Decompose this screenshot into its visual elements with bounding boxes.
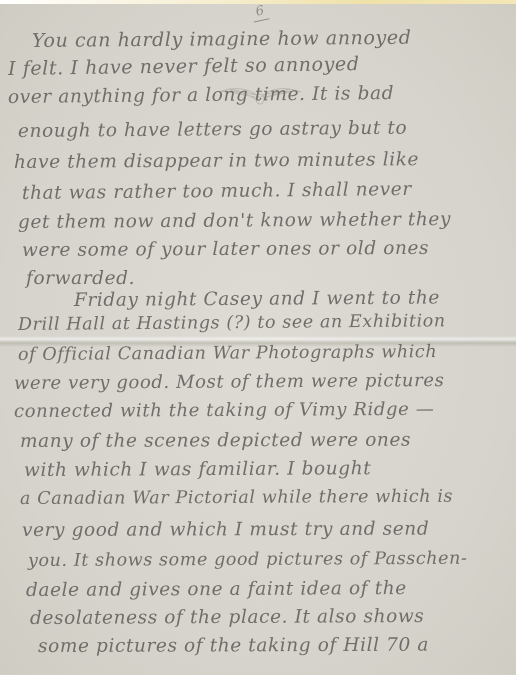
letter-line: that was rather too much. I shall never <box>22 179 412 204</box>
letter-line: You can hardly imagine how annoyed <box>32 27 412 52</box>
letter-line: daele and gives one a faint idea of the <box>26 578 407 601</box>
letter-page: 6 You can hardly imagine how annoyed I f… <box>0 0 519 675</box>
letter-line: forwarded. <box>26 268 135 289</box>
letter-line: Friday night Casey and I went to the <box>74 287 440 311</box>
letter-line: desolateness of the place. It also shows <box>30 606 424 629</box>
letter-line: enough to have letters go astray but to <box>18 118 407 142</box>
letter-line: Drill Hall at Hastings (?) to see an Exh… <box>18 311 446 335</box>
letter-line: very good and which I must try and send <box>22 519 429 541</box>
letter-line: were some of your later ones or old ones <box>22 238 429 261</box>
letter-body: You can hardly imagine how annoyed I fel… <box>0 0 519 675</box>
letter-line: I felt. I have never felt so annoyed <box>8 53 360 80</box>
letter-line: some pictures of the taking of Hill 70 a <box>38 635 429 657</box>
letter-line: have them disappear in two minutes like <box>14 149 419 173</box>
letter-line: with which I was familiar. I bought <box>24 458 371 481</box>
letter-line: were very good. Most of them were pictur… <box>14 370 445 394</box>
letter-line: you. It shows some good pictures of Pass… <box>28 549 468 571</box>
letter-line: a Canadian War Pictorial while there whi… <box>20 487 453 509</box>
letter-line: get them now and don't know whether they <box>18 209 451 233</box>
letter-line: of Official Canadian War Photographs whi… <box>18 342 437 365</box>
letter-line: over anything for a long time. It is bad <box>8 83 394 108</box>
letter-line: many of the scenes depicted were ones <box>20 430 411 452</box>
letter-line: connected with the taking of Vimy Ridge … <box>14 399 434 422</box>
